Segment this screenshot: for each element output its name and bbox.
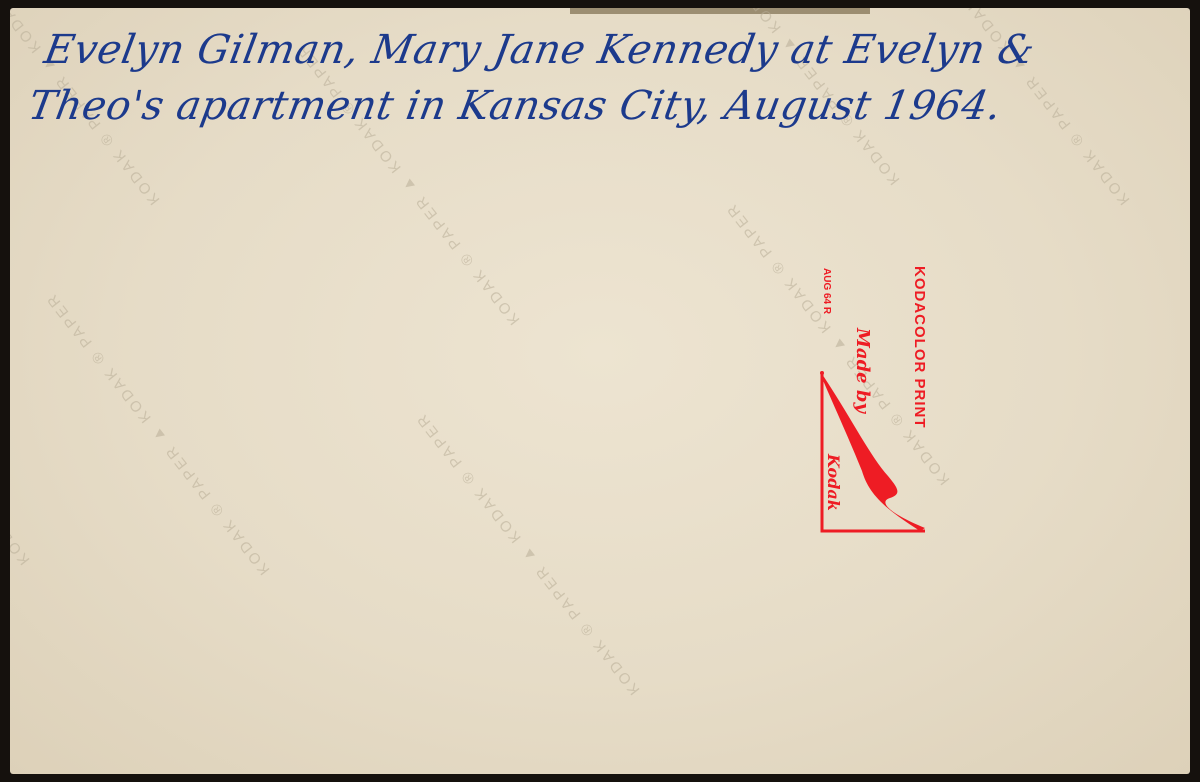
stamp-made-by: Made by bbox=[852, 328, 873, 413]
paper-watermark: KODAK ® PAPER ▲ KODAK ® PAPER bbox=[42, 289, 273, 578]
paper-watermark: KODAK ® PAPER ▲ KODAK ® PAPER bbox=[412, 409, 643, 698]
stamp-brand: Kodak bbox=[824, 454, 843, 511]
stamp-title: KODACOLOR PRINT bbox=[898, 266, 928, 516]
caption-line-1: Evelyn Gilman, Mary Jane Kennedy at Evel… bbox=[40, 22, 1190, 78]
kodacolor-stamp: KODACOLOR PRINT AUG 64 R Made by Kodak bbox=[810, 266, 935, 536]
worn-edge bbox=[570, 8, 870, 14]
caption-line-2: Theo's apartment in Kansas City, August … bbox=[24, 78, 1180, 134]
handwritten-caption: Evelyn Gilman, Mary Jane Kennedy at Evel… bbox=[30, 22, 1190, 134]
paper-watermark: KODAK ® PAPER ▲ KODAK ® PAPER bbox=[10, 279, 33, 568]
stamp-date-code: AUG 64 R bbox=[812, 268, 832, 314]
photo-frame: KODAK ® PAPER ▲ KODAK ® PAPER KODAK ® PA… bbox=[0, 0, 1200, 782]
photo-back: KODAK ® PAPER ▲ KODAK ® PAPER KODAK ® PA… bbox=[10, 8, 1190, 774]
